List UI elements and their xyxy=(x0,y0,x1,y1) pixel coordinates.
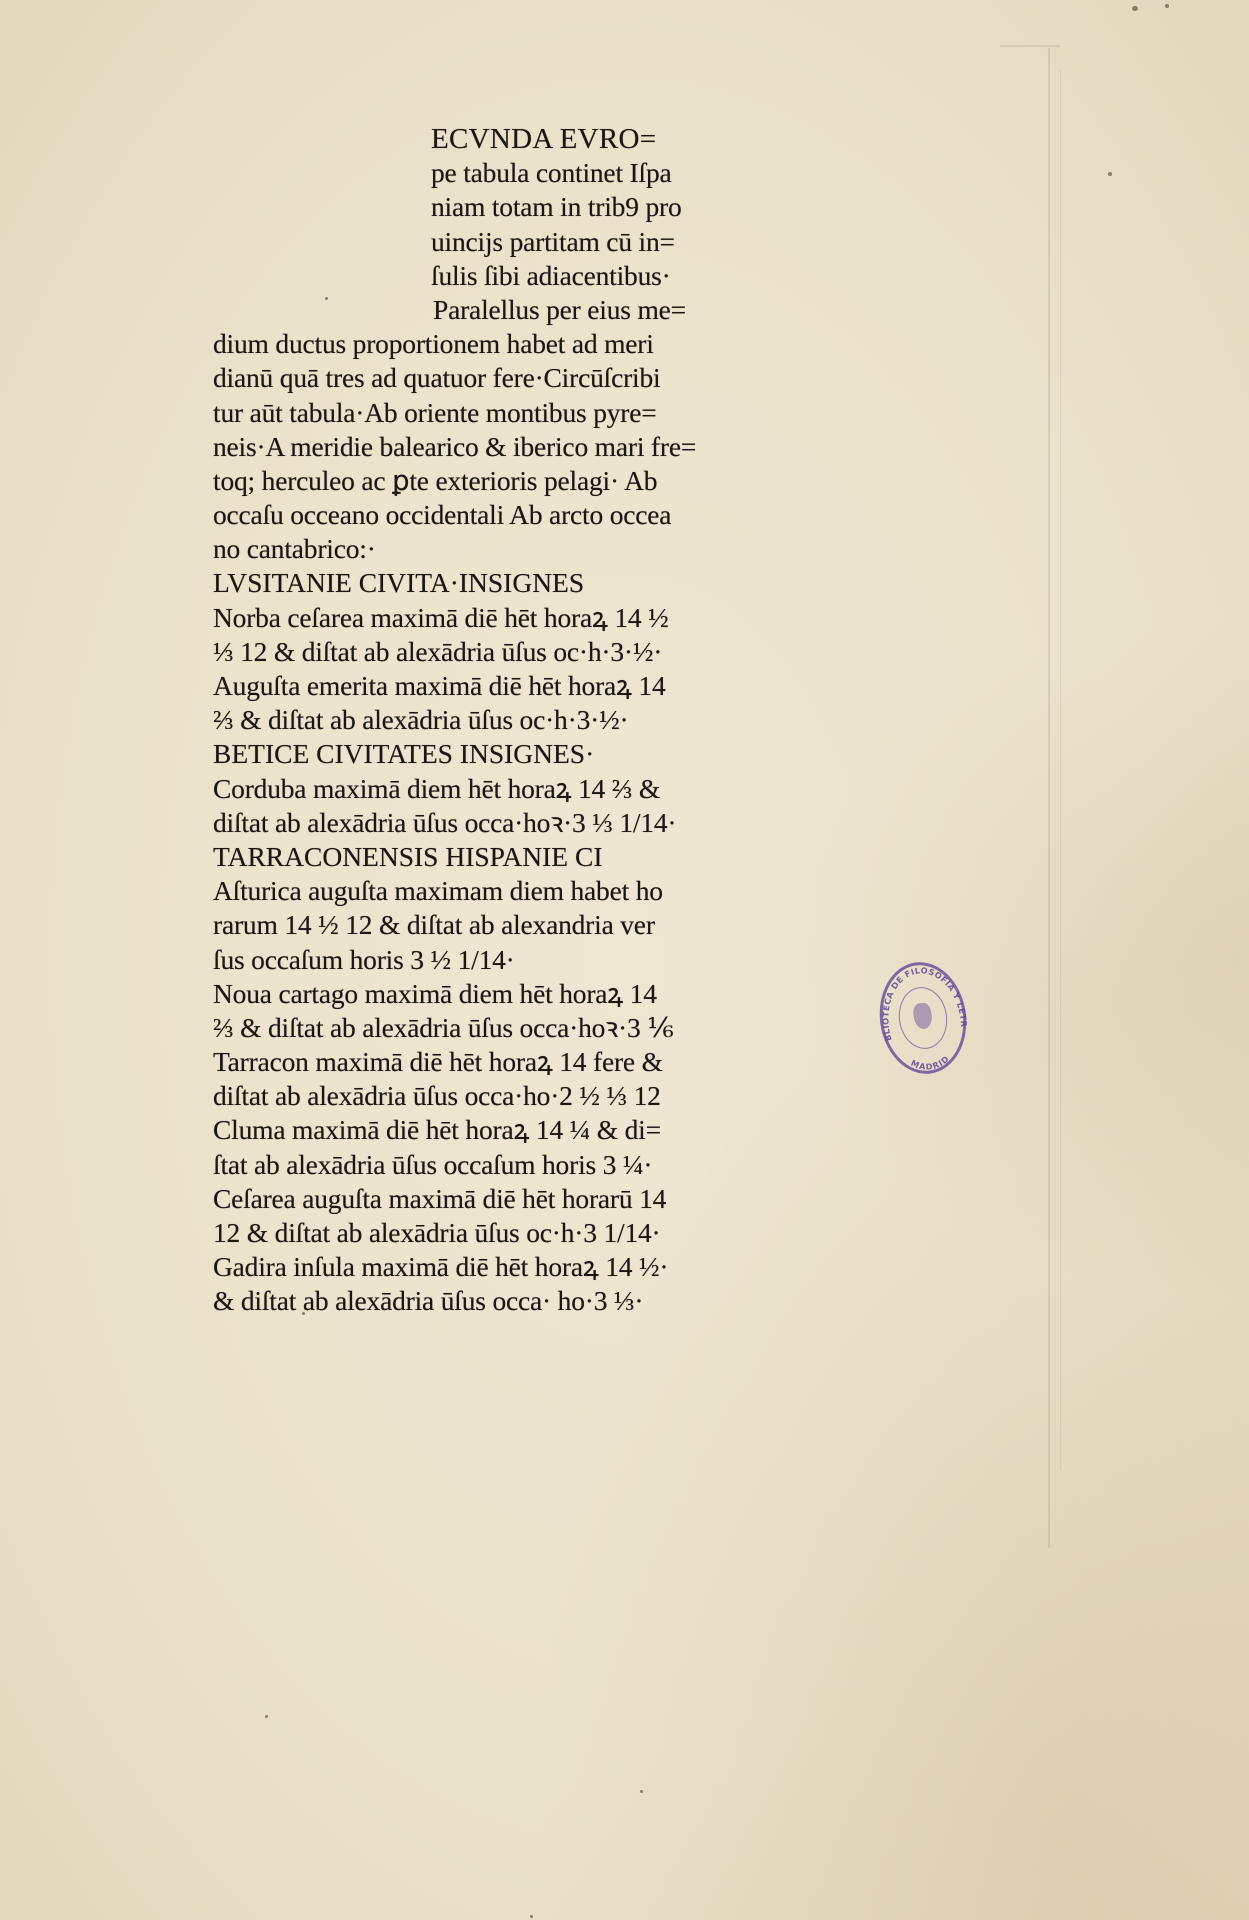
text-line: uincijs partitam cū in= xyxy=(213,225,693,259)
plate-mark xyxy=(1048,48,1050,1548)
text-line-content: ſulis ſibi adiacentibus· xyxy=(431,259,671,293)
heading-text: TARRACONENSIS HISPANIE CI xyxy=(213,840,602,874)
text-line-content: dianū quā tres ad quatuor fere·Circūſcri… xyxy=(213,361,660,395)
text-line-content: Noua cartago maximā diem hēt horaꝝ 14 xyxy=(213,977,657,1011)
text-line-content: diſtat ab alexādria ūſus occa·hoꝛ·3 ⅓ 1/… xyxy=(213,806,676,840)
text-line: 12 & diſtat ab alexādria ūſus oc·h·3 1/1… xyxy=(213,1216,693,1250)
text-line: rarum 14 ½ 12 & diſtat ab alexandria ver xyxy=(213,908,693,942)
text-line: no cantabrico:· xyxy=(213,532,693,566)
plate-mark xyxy=(1000,45,1060,47)
text-line-content: & diſtat ab alexādria ūſus occa· ho·3 ⅓· xyxy=(213,1284,643,1318)
text-line: ⅓ 12 & diſtat ab alexādria ūſus oc·h·3·½… xyxy=(213,635,693,669)
section-heading-betica: BETICE CIVITATES INSIGNES· xyxy=(213,737,693,771)
text-line: Gadira inſula maximā diē hēt horaꝝ 14 ½· xyxy=(213,1250,693,1284)
heading-text: LVSITANIE CIVITA·INSIGNES xyxy=(213,566,584,600)
text-line: ⅔ & diſtat ab alexādria ūſus oc·h·3·½· xyxy=(213,703,693,737)
text-line: ⅔ & diſtat ab alexādria ūſus occa·hoꝛ·3 … xyxy=(213,1011,693,1045)
text-line: Ceſarea auguſta maximā diē hēt horarū 14 xyxy=(213,1182,693,1216)
text-line: Auguſta emerita maximā diē hēt horaꝝ 14 xyxy=(213,669,693,703)
section-heading-lusitania: LVSITANIE CIVITA·INSIGNES xyxy=(213,566,693,600)
svg-text:MADRID: MADRID xyxy=(908,1052,952,1074)
text-line-content: Cluma maximā diē hēt horaꝝ 14 ¼ & di= xyxy=(213,1113,661,1147)
text-line-content: ⅔ & diſtat ab alexādria ūſus occa·hoꝛ·3 … xyxy=(213,1011,674,1045)
text-line: Cluma maximā diē hēt horaꝝ 14 ¼ & di= xyxy=(213,1113,693,1147)
text-line: niam totam in trib9 pro xyxy=(213,190,693,224)
text-line-content: tur aūt tabula·Ab oriente montibus pyre= xyxy=(213,396,657,430)
text-block: ECVNDA EVRO= pe tabula continet Iſpa nia… xyxy=(213,122,693,1319)
text-line-content: toq; herculeo ac ꝑte exterioris pelagi· … xyxy=(213,464,657,498)
svg-text:BIBLIOTECA DE FILOSOFIA Y LETR: BIBLIOTECA DE FILOSOFIA Y LETRAS xyxy=(867,951,970,1044)
text-line-content: Norba ceſarea maximā diē hēt horaꝝ 14 ½ xyxy=(213,601,669,635)
text-line-content: pe tabula continet Iſpa xyxy=(431,156,672,190)
text-line-content: ſtat ab alexādria ūſus occaſum horis 3 ¼… xyxy=(213,1148,652,1182)
text-line: Norba ceſarea maximā diē hēt horaꝝ 14 ½ xyxy=(213,601,693,635)
plate-mark xyxy=(1060,70,1061,1470)
text-line: pe tabula continet Iſpa xyxy=(213,156,693,190)
text-line: neis·A meridie balearico & iberico mari … xyxy=(213,430,693,464)
text-line: Aſturica auguſta maximam diem habet ho xyxy=(213,874,693,908)
text-line-content: no cantabrico:· xyxy=(213,532,376,566)
heading-text: BETICE CIVITATES INSIGNES· xyxy=(213,737,594,771)
text-line: diſtat ab alexādria ūſus occa·ho·2 ½ ⅓ 1… xyxy=(213,1079,693,1113)
opening-line: ECVNDA EVRO= xyxy=(213,122,693,156)
text-line-content: diſtat ab alexādria ūſus occa·ho·2 ½ ⅓ 1… xyxy=(213,1079,661,1113)
library-stamp: BIBLIOTECA DE FILOSOFIA Y LETRAS MADRID xyxy=(873,957,974,1080)
text-line: ſulis ſibi adiacentibus· xyxy=(213,259,693,293)
text-line-content: Paralellus per eius me= xyxy=(433,293,686,327)
paper-speck xyxy=(530,1915,533,1918)
paper-speck xyxy=(1108,172,1112,176)
text-line-content: Aſturica auguſta maximam diem habet ho xyxy=(213,874,663,908)
stamp-top-text: BIBLIOTECA DE FILOSOFIA Y LETRAS xyxy=(867,951,970,1044)
text-line: Tarracon maximā diē hēt horaꝝ 14 fere & xyxy=(213,1045,693,1079)
text-line: Noua cartago maximā diem hēt horaꝝ 14 xyxy=(213,977,693,1011)
text-line-content: ⅓ 12 & diſtat ab alexādria ūſus oc·h·3·½… xyxy=(213,635,662,669)
text-line-content: ⅔ & diſtat ab alexādria ūſus oc·h·3·½· xyxy=(213,703,628,737)
stamp-text: BIBLIOTECA DE FILOSOFIA Y LETRAS MADRID xyxy=(867,951,981,1087)
paper-speck xyxy=(1165,4,1169,8)
text-line-content: occaſu occeano occidentali Ab arcto occe… xyxy=(213,498,671,532)
text-line-content: rarum 14 ½ 12 & diſtat ab alexandria ver xyxy=(213,908,655,942)
text-line-content: Gadira inſula maximā diē hēt horaꝝ 14 ½· xyxy=(213,1250,668,1284)
paper-speck xyxy=(1132,6,1138,11)
text-line: occaſu occeano occidentali Ab arcto occe… xyxy=(213,498,693,532)
text-line-content: neis·A meridie balearico & iberico mari … xyxy=(213,430,696,464)
text-line-content: ſus occaſum horis 3 ½ 1/14· xyxy=(213,943,515,977)
text-line: toq; herculeo ac ꝑte exterioris pelagi· … xyxy=(213,464,693,498)
text-line: & diſtat ab alexādria ūſus occa· ho·3 ⅓· xyxy=(213,1284,693,1318)
text-line-content: dium ductus proportionem habet ad meri xyxy=(213,327,654,361)
text-line: dianū quā tres ad quatuor fere·Circūſcri… xyxy=(213,361,693,395)
stamp-bottom-text: MADRID xyxy=(908,1052,952,1074)
text-line-content: Corduba maximā diem hēt horaꝝ 14 ⅔ & xyxy=(213,772,660,806)
text-line: ECVNDA EVRO= xyxy=(431,122,656,156)
text-line: ſtat ab alexādria ūſus occaſum horis 3 ¼… xyxy=(213,1148,693,1182)
paper-speck xyxy=(640,1790,643,1793)
section-heading-tarraconensis: TARRACONENSIS HISPANIE CI xyxy=(213,840,693,874)
text-line-content: Ceſarea auguſta maximā diē hēt horarū 14 xyxy=(213,1182,666,1216)
text-line-content: Auguſta emerita maximā diē hēt horaꝝ 14 xyxy=(213,669,666,703)
text-line: Corduba maximā diem hēt horaꝝ 14 ⅔ & xyxy=(213,772,693,806)
text-line: diſtat ab alexādria ūſus occa·hoꝛ·3 ⅓ 1/… xyxy=(213,806,693,840)
text-line-content: 12 & diſtat ab alexādria ūſus oc·h·3 1/1… xyxy=(213,1216,661,1250)
stamp-lettering-icon: BIBLIOTECA DE FILOSOFIA Y LETRAS MADRID xyxy=(867,951,981,1087)
text-line: dium ductus proportionem habet ad meri xyxy=(213,327,693,361)
text-line-content: niam totam in trib9 pro xyxy=(431,190,682,224)
text-line: Paralellus per eius me= xyxy=(213,293,693,327)
text-line: tur aūt tabula·Ab oriente montibus pyre= xyxy=(213,396,693,430)
text-line-content: Tarracon maximā diē hēt horaꝝ 14 fere & xyxy=(213,1045,663,1079)
text-line-content: uincijs partitam cū in= xyxy=(431,225,675,259)
text-line: ſus occaſum horis 3 ½ 1/14· xyxy=(213,943,693,977)
paper-speck xyxy=(265,1715,268,1718)
